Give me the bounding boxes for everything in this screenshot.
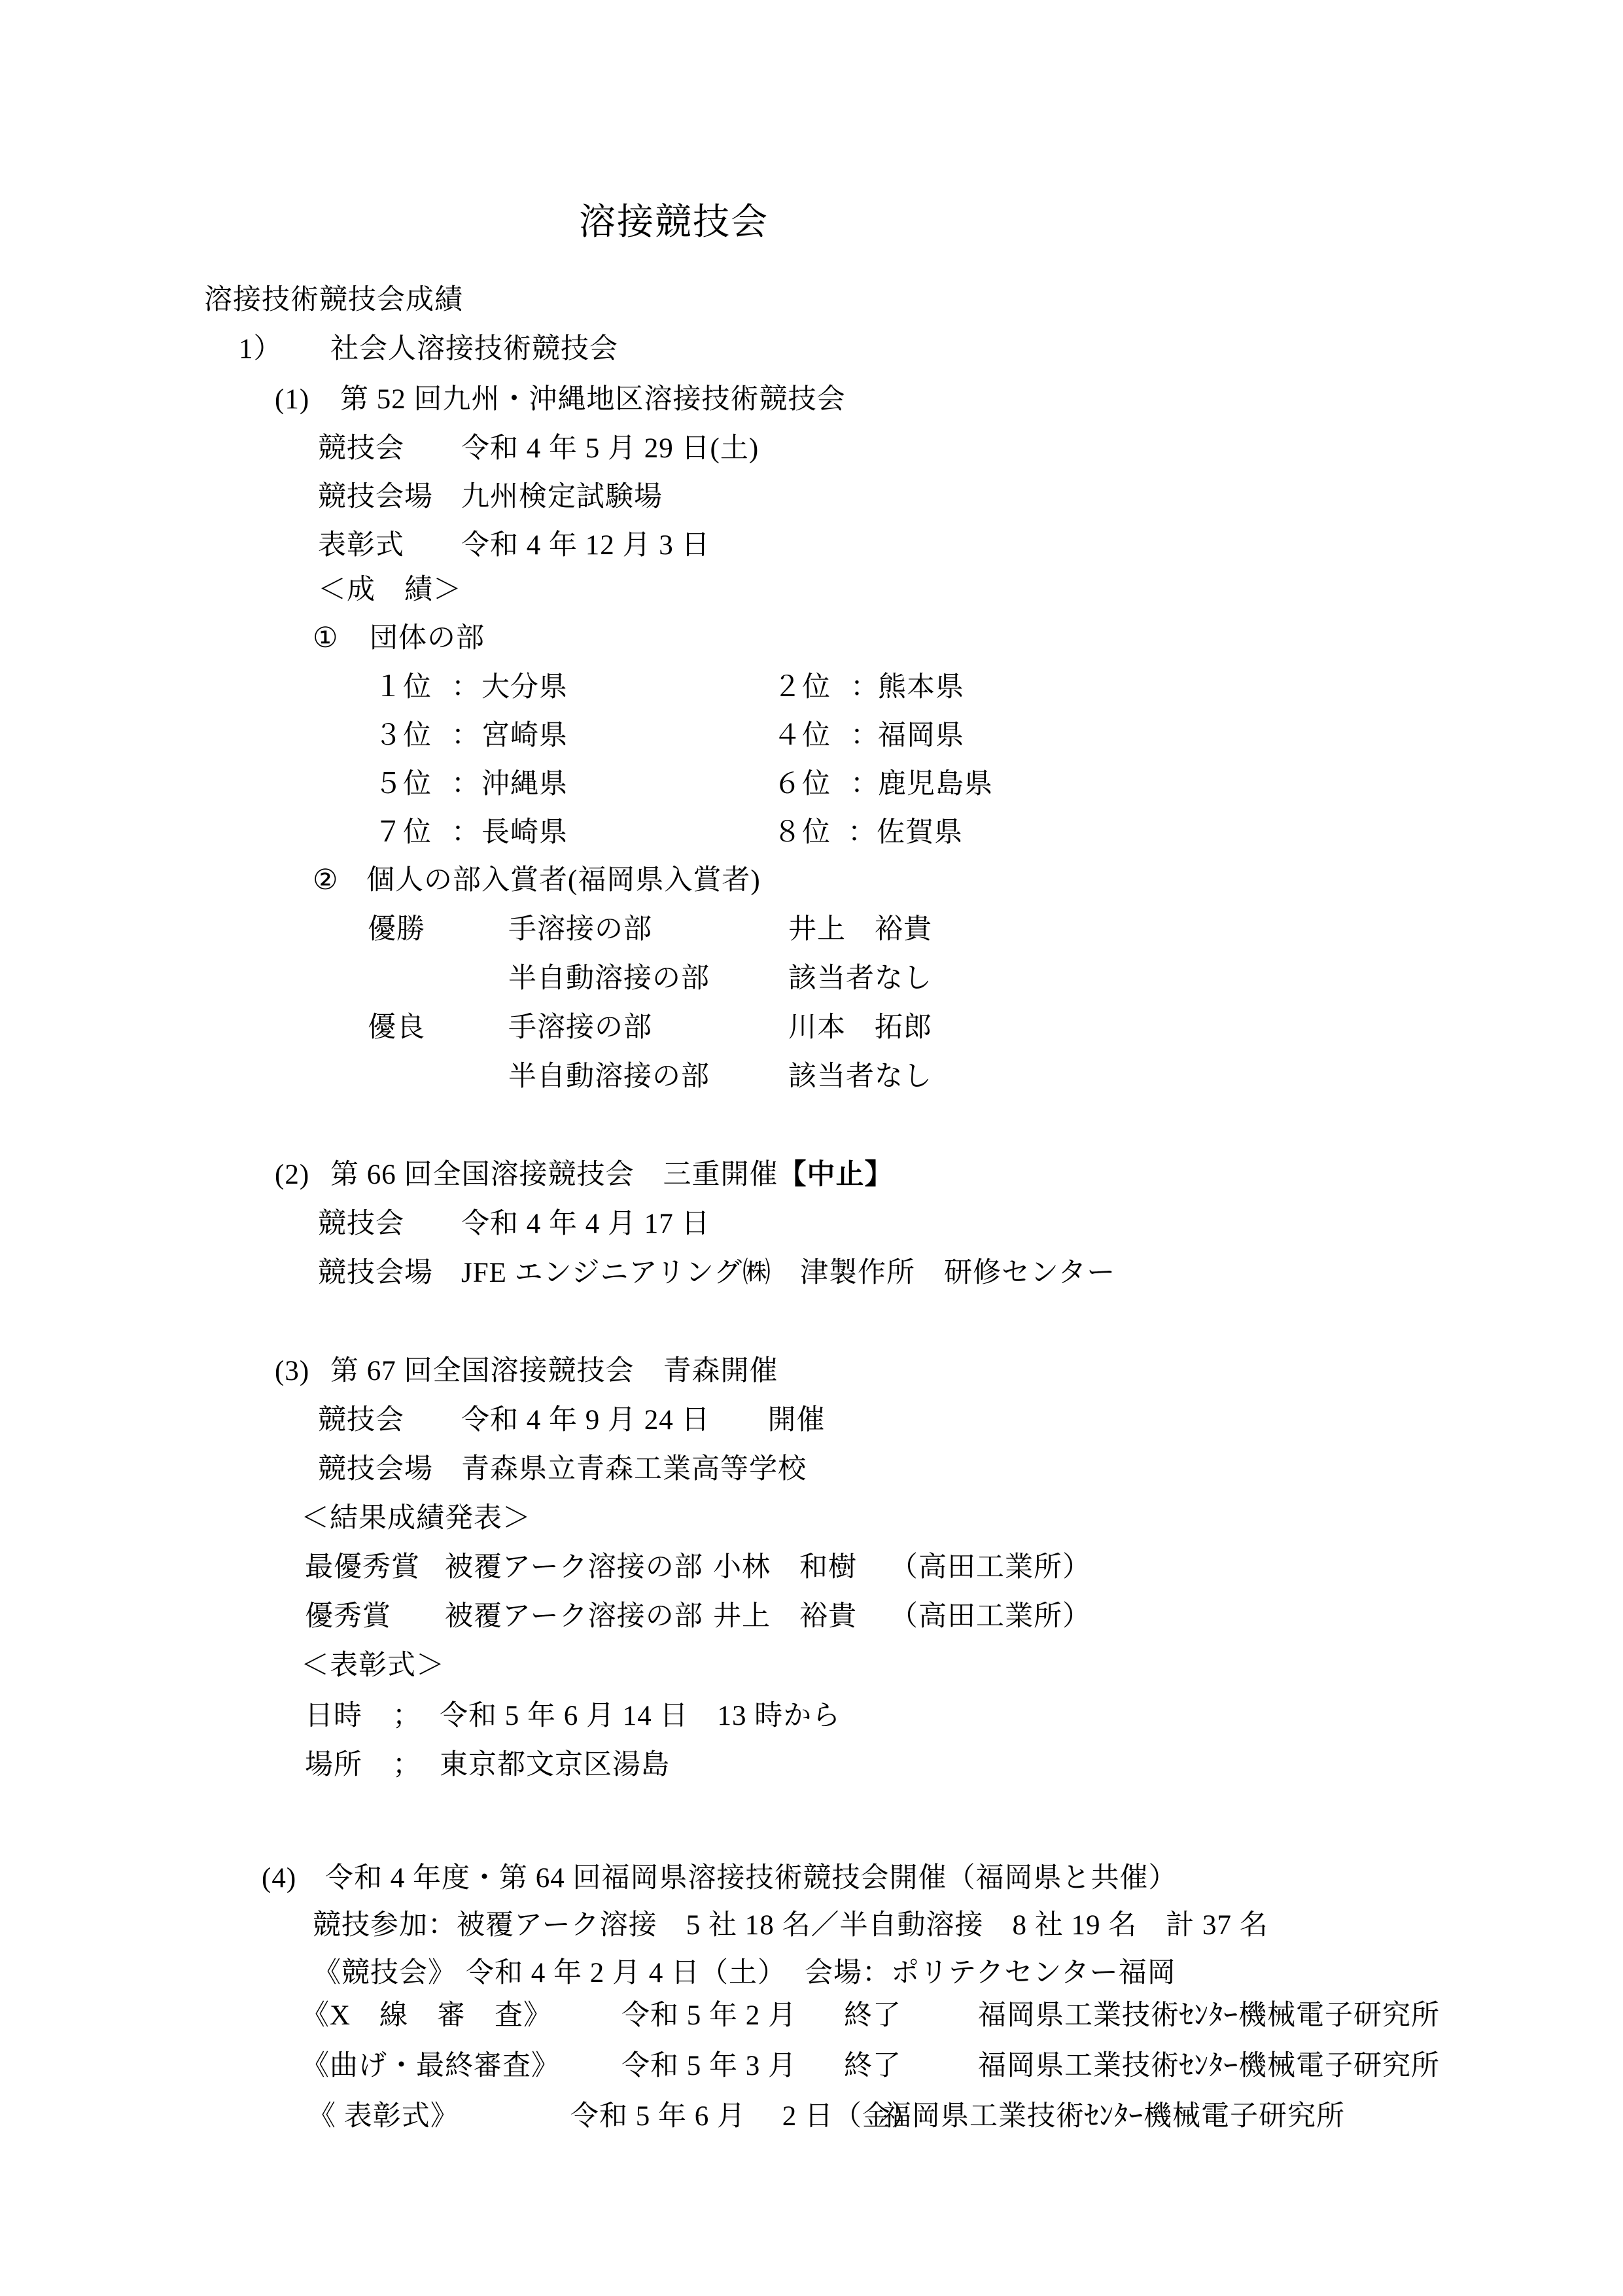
subsection3-title: 第 67 回全国溶接競技会 青森開催 xyxy=(330,1354,778,1388)
event-org: 福岡県工業技術ｾﾝﾀｰ機械電子研究所 xyxy=(978,2049,1440,2083)
row-value: JFE エンジニアリング㈱ 津製作所 研修センター xyxy=(461,1256,1115,1290)
subsection2-title-wrap: 第 66 回全国溶接競技会 三重開催【中止】 xyxy=(330,1158,894,1192)
subsection1-marker: (1) xyxy=(275,383,309,417)
rank-pref: 鹿児島県 xyxy=(878,768,993,802)
heading-line: 溶接技術競技会成績 xyxy=(0,283,1623,323)
event-status: 終了 xyxy=(844,1999,901,2033)
subsection2-marker: (2) xyxy=(275,1158,309,1192)
subsection2-title: 第 66 回全国溶接競技会 三重開催 xyxy=(330,1159,778,1190)
results-header-line: ＜成 績＞ xyxy=(0,573,1623,612)
rank-pref: 佐賀県 xyxy=(877,816,963,850)
subsection1-title: 第 52 回九州・沖縄地区溶接技術競技会 xyxy=(340,383,846,417)
results-header: ＜成 績＞ xyxy=(318,573,462,607)
award-row: 半自動溶接の部 該当者なし xyxy=(0,1060,1623,1099)
colon: ： xyxy=(848,816,877,850)
result-name: 井上 裕貴 xyxy=(713,1600,857,1634)
rank-row: ５位 ： 沖縄県 ６位 ： 鹿児島県 xyxy=(0,768,1623,807)
ceremony-label: 日時 xyxy=(305,1699,362,1733)
rank-pref: 福岡県 xyxy=(878,719,964,753)
subsection4-title: 令和 4 年度・第 64 回福岡県溶接技術競技会開催（福岡県と共催） xyxy=(325,1862,1178,1896)
rank-row: ７位 ： 長崎県 ８位 ： 佐賀県 xyxy=(0,816,1623,855)
rank-pref: 大分県 xyxy=(481,671,568,705)
colon: ： xyxy=(451,719,480,753)
rank-label: ５位 xyxy=(374,768,432,802)
subsection3-title-line: (3) 第 67 回全国溶接競技会 青森開催 xyxy=(0,1354,1623,1394)
result-award: 最優秀賞 xyxy=(305,1551,420,1585)
cancelled-badge: 【中止】 xyxy=(778,1159,894,1190)
result-category: 被覆アーク溶接の部 xyxy=(445,1600,703,1634)
subsection2-title-line: (2) 第 66 回全国溶接競技会 三重開催【中止】 xyxy=(0,1158,1623,1197)
competition-date-line: 競技会 令和 4 年 4 月 17 日 xyxy=(0,1207,1623,1246)
colon: ： xyxy=(850,719,879,753)
award-row: 半自動溶接の部 該当者なし xyxy=(0,962,1623,1001)
section1-line: 1） 社会人溶接技術競技会 xyxy=(0,332,1623,372)
participation-text: 競技参加：被覆アーク溶接 5 社 18 名／半自動溶接 8 社 19 名 計 3… xyxy=(313,1909,1268,1943)
ceremony-sep: ； xyxy=(393,1699,421,1733)
award-name: 該当者なし xyxy=(788,1060,932,1094)
group-section-title: 団体の部 xyxy=(370,622,485,656)
ceremony-row: 場所 ； 東京都文京区湯島 xyxy=(0,1748,1623,1788)
competition-venue-line: 競技会場 JFE エンジニアリング㈱ 津製作所 研修センター xyxy=(0,1256,1623,1296)
event-detail: 令和 5 年 6 月 2 日（金） xyxy=(570,2100,920,2134)
doc-heading: 溶接技術競技会成績 xyxy=(204,283,463,317)
individual-section-line: ② 個人の部入賞者(福岡県入賞者) xyxy=(0,864,1623,903)
results-announce-header-line: ＜結果成績発表＞ xyxy=(0,1502,1623,1541)
document-page: 溶接競技会 溶接技術競技会成績 1） 社会人溶接技術競技会 (1) 第 52 回… xyxy=(0,0,1623,2296)
competition-date-line: 競技会 令和 4 年 5 月 29 日(土) xyxy=(0,432,1623,471)
row-value: 令和 4 年 9 月 24 日 開催 xyxy=(461,1404,826,1438)
result-name: 小林 和樹 xyxy=(713,1551,857,1585)
event-row: 《X 線 審 査》 令和 5 年 2 月 終了 福岡県工業技術ｾﾝﾀｰ機械電子研… xyxy=(0,1999,1623,2038)
colon: ： xyxy=(451,816,480,850)
event-row: 《曲げ・最終審査》 令和 5 年 3 月 終了 福岡県工業技術ｾﾝﾀｰ機械電子研… xyxy=(0,2049,1623,2089)
rank-label: ８位 xyxy=(773,816,831,850)
group-section-marker: ① xyxy=(313,622,339,656)
rank-pref: 熊本県 xyxy=(878,671,964,705)
rank-label: １位 xyxy=(374,671,432,705)
event-status: 終了 xyxy=(844,2049,901,2083)
competition-venue-line: 競技会場 九州検定試験場 xyxy=(0,480,1623,520)
result-category: 被覆アーク溶接の部 xyxy=(445,1551,703,1585)
event-detail: 令和 4 年 2 月 4 日（土） xyxy=(466,1956,786,1990)
rank-label: ３位 xyxy=(374,719,432,753)
row-label: 競技会場 xyxy=(318,1453,433,1487)
row-value: 青森県立青森工業高等学校 xyxy=(461,1453,807,1487)
award-row: 優勝 手溶接の部 井上 裕貴 xyxy=(0,913,1623,952)
award-name: 該当者なし xyxy=(788,962,932,996)
award-category: 手溶接の部 xyxy=(508,913,652,947)
result-row: 最優秀賞 被覆アーク溶接の部 小林 和樹 （高田工業所） xyxy=(0,1551,1623,1590)
subsection3-marker: (3) xyxy=(275,1354,309,1388)
individual-section-title: 個人の部入賞者(福岡県入賞者) xyxy=(366,864,761,898)
award-category: 半自動溶接の部 xyxy=(508,962,710,996)
row-value: 令和 4 年 4 月 17 日 xyxy=(461,1207,710,1241)
event-row: 《 表彰式》 令和 5 年 6 月 2 日（金） 福岡県工業技術ｾﾝﾀｰ機械電子… xyxy=(0,2100,1623,2139)
award-name: 川本 拓郎 xyxy=(788,1011,932,1045)
participation-line: 競技参加：被覆アーク溶接 5 社 18 名／半自動溶接 8 社 19 名 計 3… xyxy=(0,1909,1623,1948)
subsection1-title-line: (1) 第 52 回九州・沖縄地区溶接技術競技会 xyxy=(0,383,1623,422)
event-org: 福岡県工業技術ｾﾝﾀｰ機械電子研究所 xyxy=(883,2100,1345,2134)
event-row: 《競技会》 令和 4 年 2 月 4 日（土） 会場：ポリテクセンター福岡 xyxy=(0,1956,1623,1996)
doc-title: 溶接競技会 xyxy=(579,202,769,243)
rank-row: ３位 ： 宮崎県 ４位 ： 福岡県 xyxy=(0,719,1623,758)
ceremony-value: 令和 5 年 6 月 14 日 13 時から xyxy=(440,1699,841,1733)
rank-label: ４位 xyxy=(773,719,831,753)
row-label: 競技会 xyxy=(318,1404,404,1438)
award-ceremony-line: 表彰式 令和 4 年 12 月 3 日 xyxy=(0,529,1623,568)
row-label: 競技会場 xyxy=(318,1256,433,1290)
rank-pref: 長崎県 xyxy=(481,816,568,850)
award-category: 半自動溶接の部 xyxy=(508,1060,710,1094)
event-detail: 令和 5 年 3 月 xyxy=(621,2049,797,2083)
award-name: 井上 裕貴 xyxy=(788,913,932,947)
event-name: 《曲げ・最終審査》 xyxy=(301,2049,560,2083)
ceremony-header: ＜表彰式＞ xyxy=(301,1649,445,1683)
competition-date-line: 競技会 令和 4 年 9 月 24 日 開催 xyxy=(0,1404,1623,1443)
row-label: 競技会 xyxy=(318,1207,404,1241)
result-company: （高田工業所） xyxy=(890,1551,1091,1585)
ceremony-sep: ； xyxy=(393,1748,421,1782)
ceremony-header-line: ＜表彰式＞ xyxy=(0,1649,1623,1688)
event-name: 《 表彰式》 xyxy=(307,2100,459,2134)
row-value: 令和 4 年 12 月 3 日 xyxy=(461,529,710,563)
event-name: 《競技会》 xyxy=(313,1956,457,1990)
subsection4-marker: (4) xyxy=(262,1862,296,1896)
rank-row: １位 ： 大分県 ２位 ： 熊本県 xyxy=(0,671,1623,710)
competition-venue-line: 競技会場 青森県立青森工業高等学校 xyxy=(0,1453,1623,1492)
event-name: 《X 線 審 査》 xyxy=(301,1999,552,2033)
event-org: 福岡県工業技術ｾﾝﾀｰ機械電子研究所 xyxy=(978,1999,1440,2033)
event-venue: 会場：ポリテクセンター福岡 xyxy=(805,1956,1176,1990)
colon: ： xyxy=(850,768,879,802)
ceremony-label: 場所 xyxy=(305,1748,362,1782)
event-detail: 令和 5 年 2 月 xyxy=(621,1999,797,2033)
rank-pref: 沖縄県 xyxy=(481,768,568,802)
colon: ： xyxy=(451,671,480,705)
colon: ： xyxy=(850,671,879,705)
group-section-line: ① 団体の部 xyxy=(0,622,1623,661)
individual-section-marker: ② xyxy=(313,864,339,898)
section1-title: 社会人溶接技術競技会 xyxy=(330,332,618,366)
award-grade: 優勝 xyxy=(368,913,425,947)
award-category: 手溶接の部 xyxy=(508,1011,652,1045)
rank-label: ２位 xyxy=(773,671,831,705)
rank-label: ６位 xyxy=(773,768,831,802)
colon: ： xyxy=(451,768,480,802)
row-label: 競技会 xyxy=(318,432,404,466)
rank-pref: 宮崎県 xyxy=(481,719,568,753)
award-grade: 優良 xyxy=(368,1011,425,1045)
row-value: 九州検定試験場 xyxy=(461,480,663,514)
result-row: 優秀賞 被覆アーク溶接の部 井上 裕貴 （高田工業所） xyxy=(0,1600,1623,1639)
results-announce-header: ＜結果成績発表＞ xyxy=(301,1502,531,1536)
result-company: （高田工業所） xyxy=(890,1600,1091,1634)
row-label: 競技会場 xyxy=(318,480,433,514)
rank-label: ７位 xyxy=(374,816,432,850)
row-value: 令和 4 年 5 月 29 日(土) xyxy=(461,432,759,466)
award-row: 優良 手溶接の部 川本 拓郎 xyxy=(0,1011,1623,1050)
ceremony-value: 東京都文京区湯島 xyxy=(440,1748,670,1782)
row-label: 表彰式 xyxy=(318,529,404,563)
subsection4-title-line: (4) 令和 4 年度・第 64 回福岡県溶接技術競技会開催（福岡県と共催） xyxy=(0,1862,1623,1901)
ceremony-row: 日時 ； 令和 5 年 6 月 14 日 13 時から xyxy=(0,1699,1623,1739)
section1-marker: 1） xyxy=(239,332,283,366)
result-award: 優秀賞 xyxy=(305,1600,391,1634)
